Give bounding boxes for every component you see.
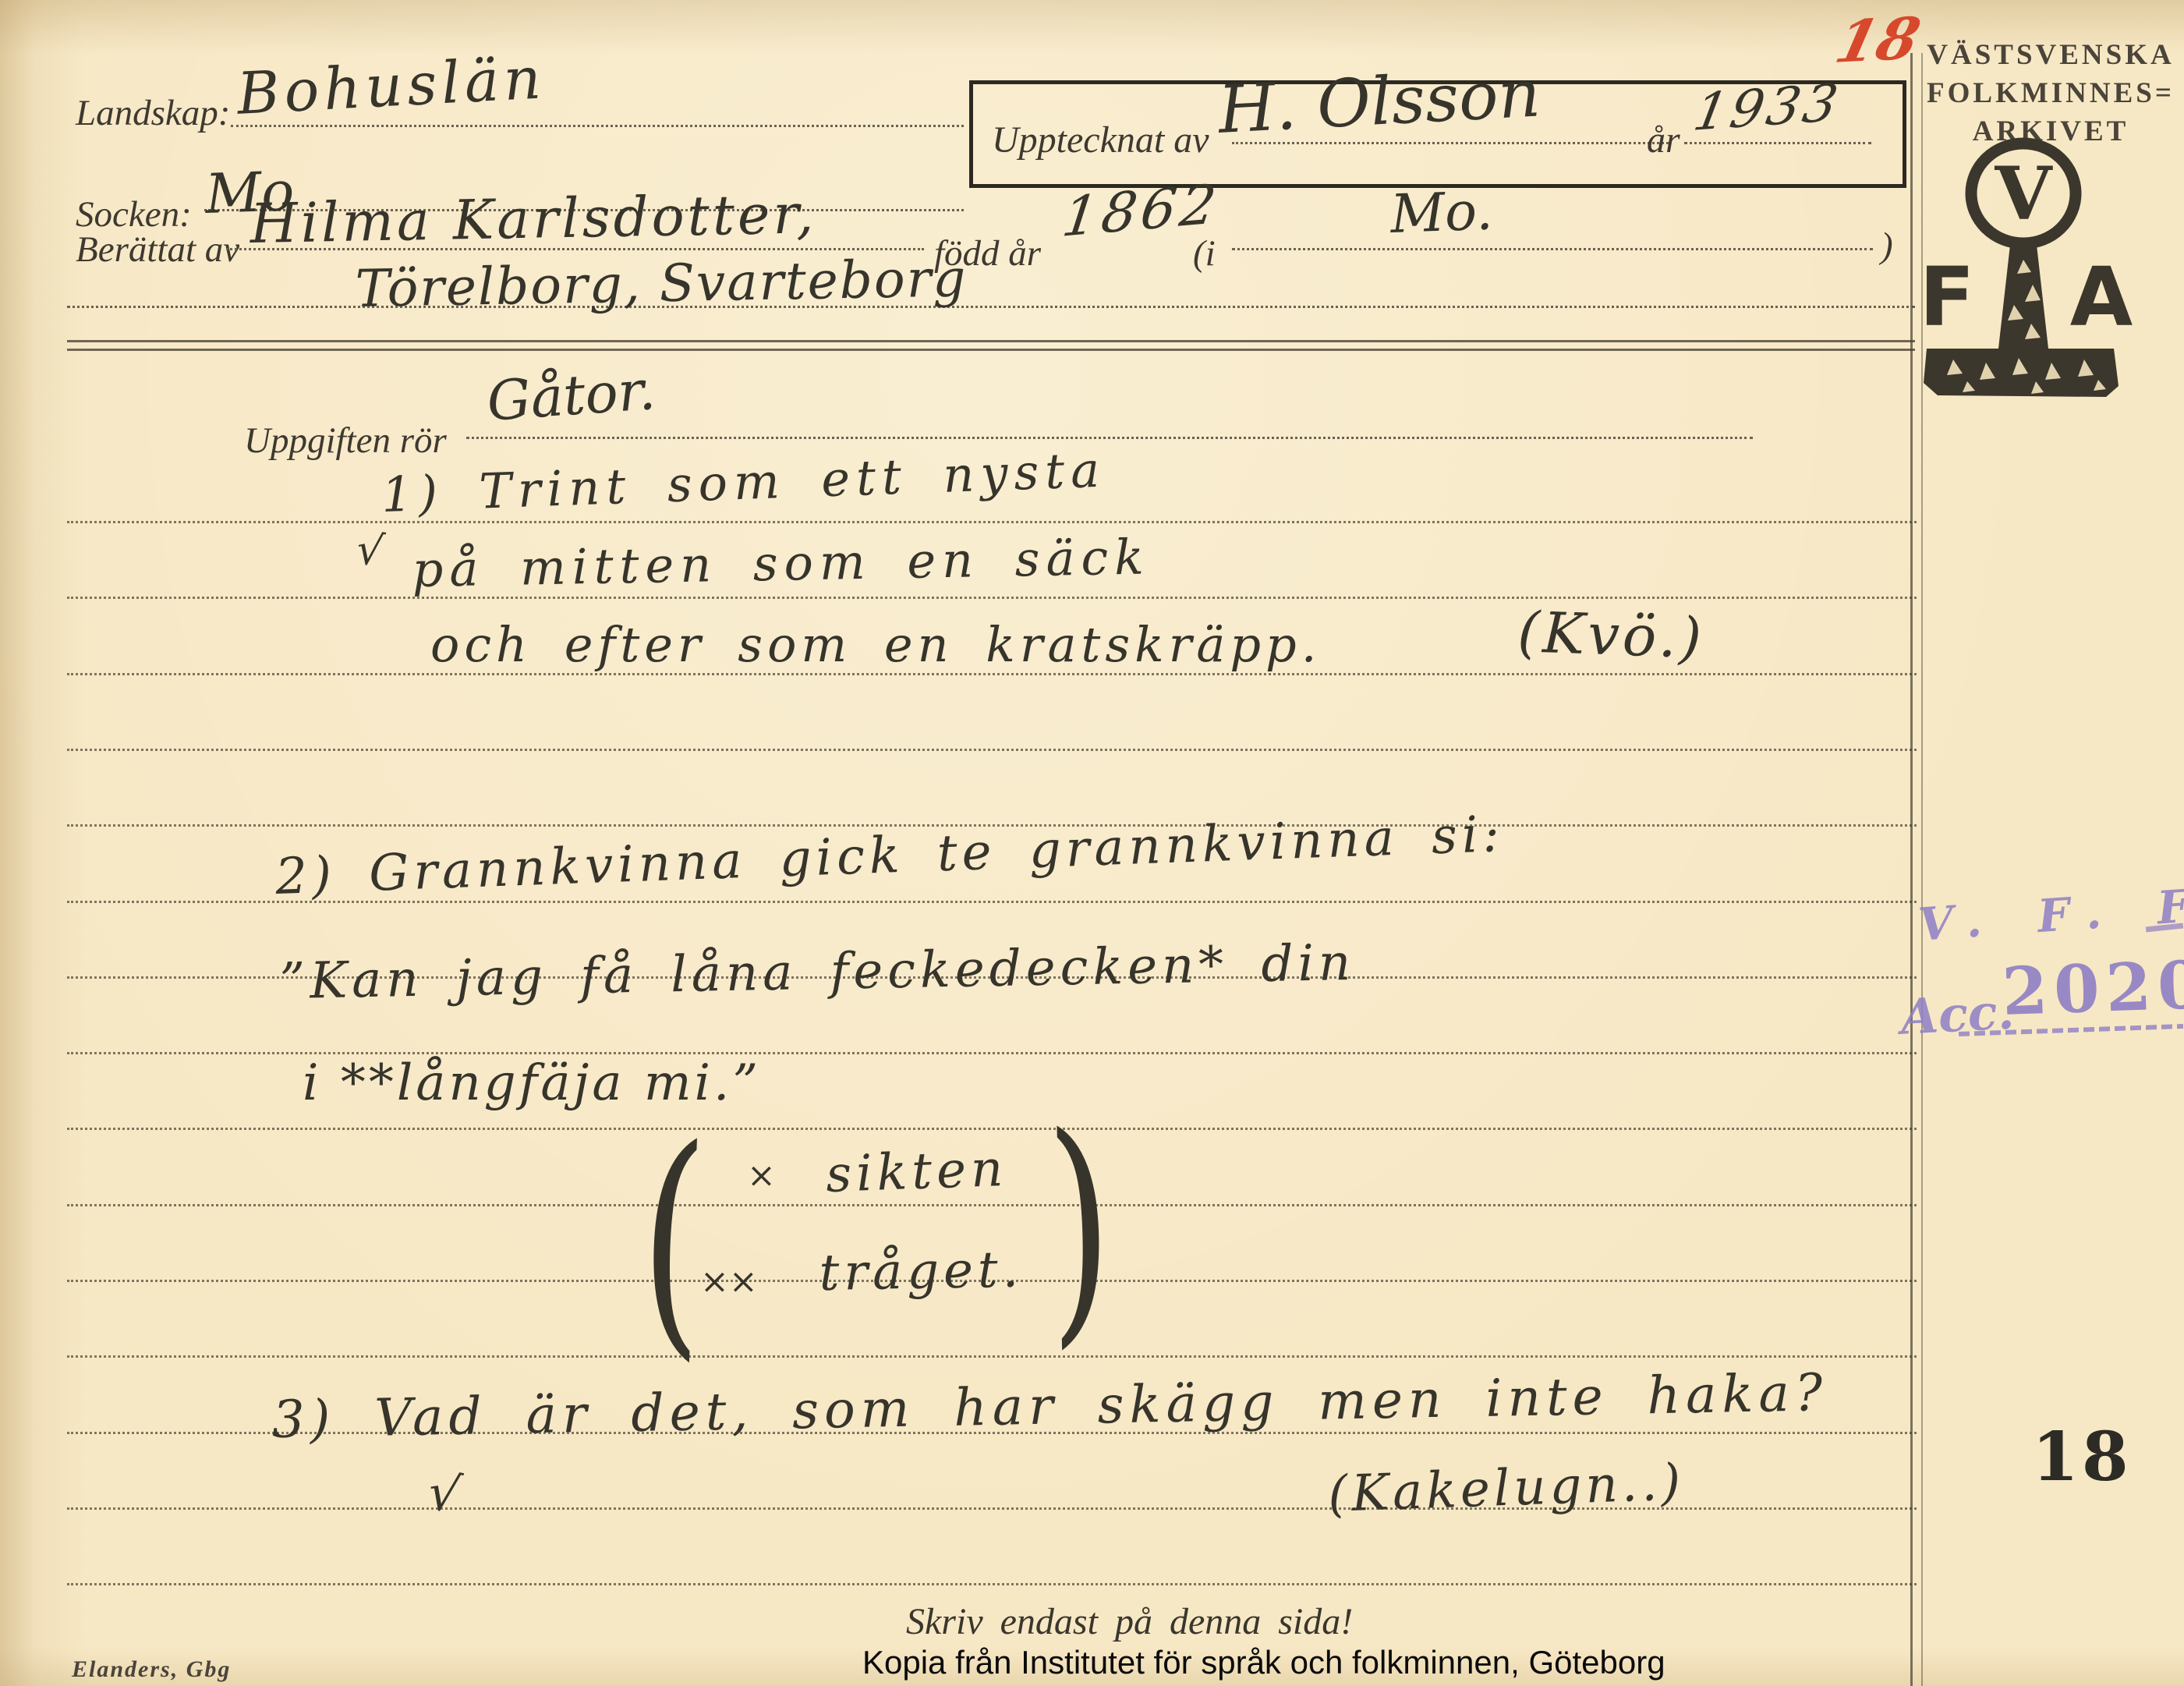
ruled-line — [67, 521, 1917, 523]
margin-rule-outer — [1910, 53, 1913, 1686]
page-number: 18 — [2032, 1418, 2132, 1497]
logo-right-letter: A — [2070, 250, 2133, 345]
footer-instruction: Skriv endast på denna sida! — [906, 1600, 1353, 1643]
corner-number-red: 18 — [1829, 5, 1927, 76]
ruled-line — [67, 1583, 1917, 1585]
ruled-line — [67, 749, 1917, 751]
ruled-line — [67, 1204, 1917, 1206]
footnote-open-paren: ( — [637, 1114, 710, 1364]
ruled-line — [67, 597, 1917, 599]
riddle1-line3: och efter som en kratskräpp. — [430, 616, 1321, 673]
logo-ring-letter: V — [1995, 151, 2054, 237]
ruled-line — [67, 673, 1917, 675]
archive-record-card: Landskap: Bohuslän Socken: Mo Upptecknat… — [0, 0, 2184, 1686]
ruled-line — [67, 1128, 1917, 1130]
archive-name-line2: FOLKMINNES= — [1920, 74, 2182, 112]
thors-hammer-logo-icon: V F A — [1914, 129, 2133, 409]
footnote2-marker: ×× — [700, 1262, 758, 1302]
logo-left-letter: F — [1919, 250, 1974, 345]
footnote1-marker: × — [747, 1156, 776, 1195]
footer-printer: Elanders, Gbg — [72, 1656, 231, 1683]
footnote1-text: sikten — [825, 1140, 1008, 1204]
riddle1-answer: (Kvö.) — [1517, 599, 1705, 671]
footnote-close-paren: ) — [1045, 1103, 1114, 1351]
ruled-line — [67, 1355, 1917, 1358]
stamp-acc-label: Acc. — [1899, 983, 2016, 1045]
footer-copy-note: Kopia från Institutet för språk och folk… — [862, 1644, 1665, 1681]
archive-name-line1: VÄSTSVENSKA — [1920, 36, 2182, 74]
stamp-acc-number: 2020 — [2001, 946, 2184, 1030]
footnote2-text: tråget. — [819, 1241, 1024, 1302]
